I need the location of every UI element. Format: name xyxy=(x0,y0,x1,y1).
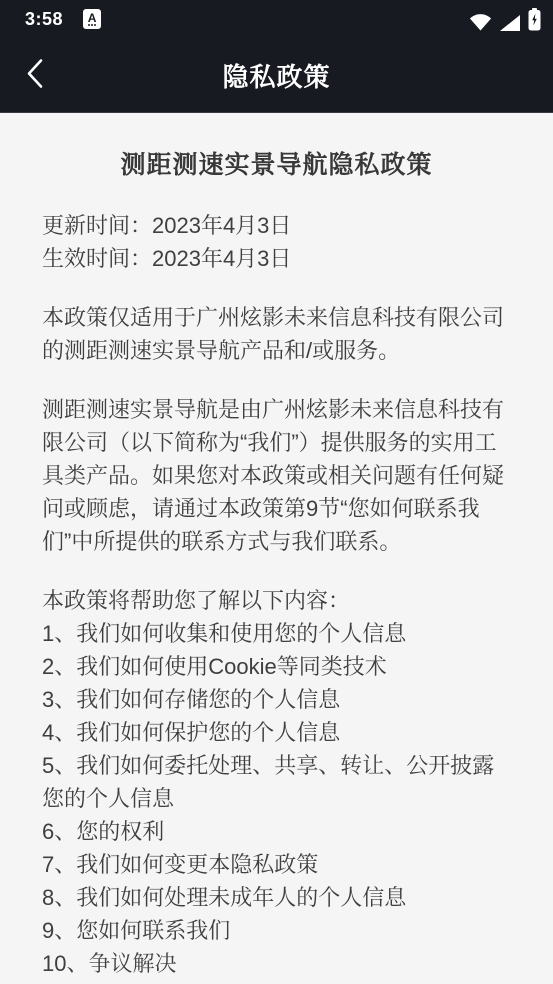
phone-screen: 3:58 A xyxy=(0,0,553,984)
policy-paragraph: 本政策仅适用于广州炫影未来信息科技有限公司的测距测速实景导航产品和/或服务。 xyxy=(42,301,511,367)
page-title: 隐私政策 xyxy=(222,57,330,94)
clock-time: 3:58 xyxy=(25,9,63,30)
ime-keyboard-icon: A xyxy=(83,9,101,29)
toc-item: 2、我们如何使用Cookie等同类技术 xyxy=(42,650,511,683)
toc-heading: 本政策将帮助您了解以下内容： xyxy=(42,584,511,617)
ime-letter: A xyxy=(88,12,97,24)
ime-dots xyxy=(91,24,93,26)
cellular-signal-icon xyxy=(500,15,520,31)
toc-item: 10、争议解决 xyxy=(42,947,511,980)
toc-item: 6、您的权利 xyxy=(42,815,511,848)
toc-item: 7、我们如何变更本隐私政策 xyxy=(42,848,511,881)
policy-paragraph: 测距测速实景导航是由广州炫影未来信息科技有限公司（以下简称为“我们”）提供服务的… xyxy=(42,393,511,558)
app-bar: 隐私政策 xyxy=(0,38,553,113)
wifi-icon xyxy=(469,14,492,31)
toc-item: 4、我们如何保护您的个人信息 xyxy=(42,716,511,749)
toc-item: 9、您如何联系我们 xyxy=(42,914,511,947)
toc-item: 3、我们如何存储您的个人信息 xyxy=(42,683,511,716)
toc-block: 本政策将帮助您了解以下内容： 1、我们如何收集和使用您的个人信息 2、我们如何使… xyxy=(42,584,511,980)
policy-scroll-area[interactable]: 测距测速实景导航隐私政策 更新时间：2023年4月3日 生效时间：2023年4月… xyxy=(0,113,553,984)
effective-time-line: 生效时间：2023年4月3日 xyxy=(42,242,511,275)
update-time-line: 更新时间：2023年4月3日 xyxy=(42,209,511,242)
toc-item: 5、我们如何委托处理、共享、转让、公开披露您的个人信息 xyxy=(42,749,511,815)
document-title: 测距测速实景导航隐私政策 xyxy=(42,147,511,183)
status-bar-left: 3:58 A xyxy=(25,9,101,30)
toc-item: 8、我们如何处理未成年人的个人信息 xyxy=(42,881,511,914)
chevron-left-icon xyxy=(26,58,44,92)
status-bar: 3:58 A xyxy=(0,0,553,38)
back-button[interactable] xyxy=(16,52,54,98)
toc-item: 1、我们如何收集和使用您的个人信息 xyxy=(42,617,511,650)
status-bar-right xyxy=(469,8,541,31)
battery-charging-icon xyxy=(528,8,541,31)
meta-block: 更新时间：2023年4月3日 生效时间：2023年4月3日 xyxy=(42,209,511,275)
